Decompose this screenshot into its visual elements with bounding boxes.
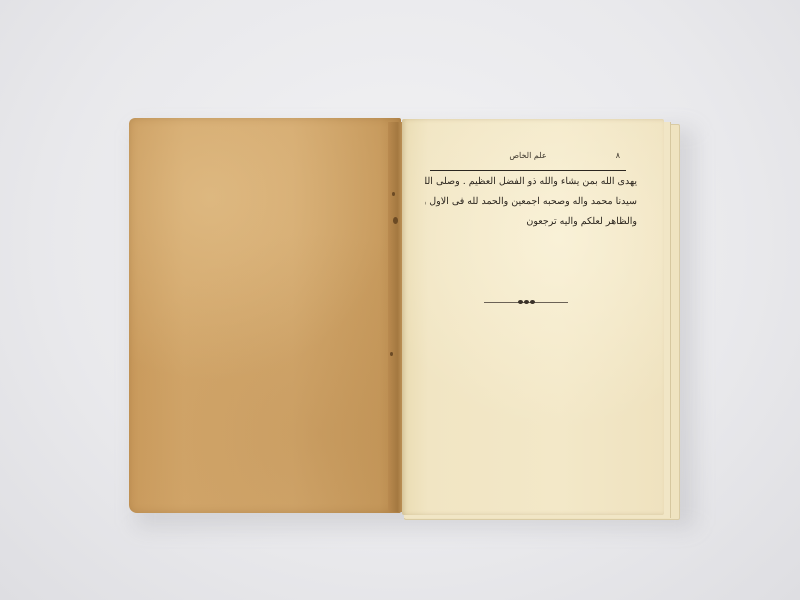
page-number: ٨ — [616, 151, 620, 160]
ornament-dot — [518, 300, 523, 304]
stain-spot — [393, 217, 398, 224]
section-end-ornament — [484, 300, 568, 306]
left-page-cover — [129, 118, 401, 513]
ornament-dot — [524, 300, 529, 304]
stain-spot — [392, 192, 395, 196]
text-line: سيدنا محمد واله وصحبه اجمعين والحمد لله … — [425, 192, 637, 212]
text-line: والظاهر لعلكم واليه ترجعون — [425, 212, 637, 232]
page-body-text: يهدى الله بمن يشاء والله ذو الفضل العظيم… — [425, 172, 637, 232]
ornament-dot — [530, 300, 535, 304]
text-line: يهدى الله بمن يشاء والله ذو الفضل العظيم… — [425, 172, 637, 192]
header-rule — [430, 170, 626, 171]
stain-spot — [390, 352, 393, 356]
running-header-title: علم الخاص — [509, 151, 546, 160]
page-header: علم الخاص ٨ — [430, 153, 626, 169]
